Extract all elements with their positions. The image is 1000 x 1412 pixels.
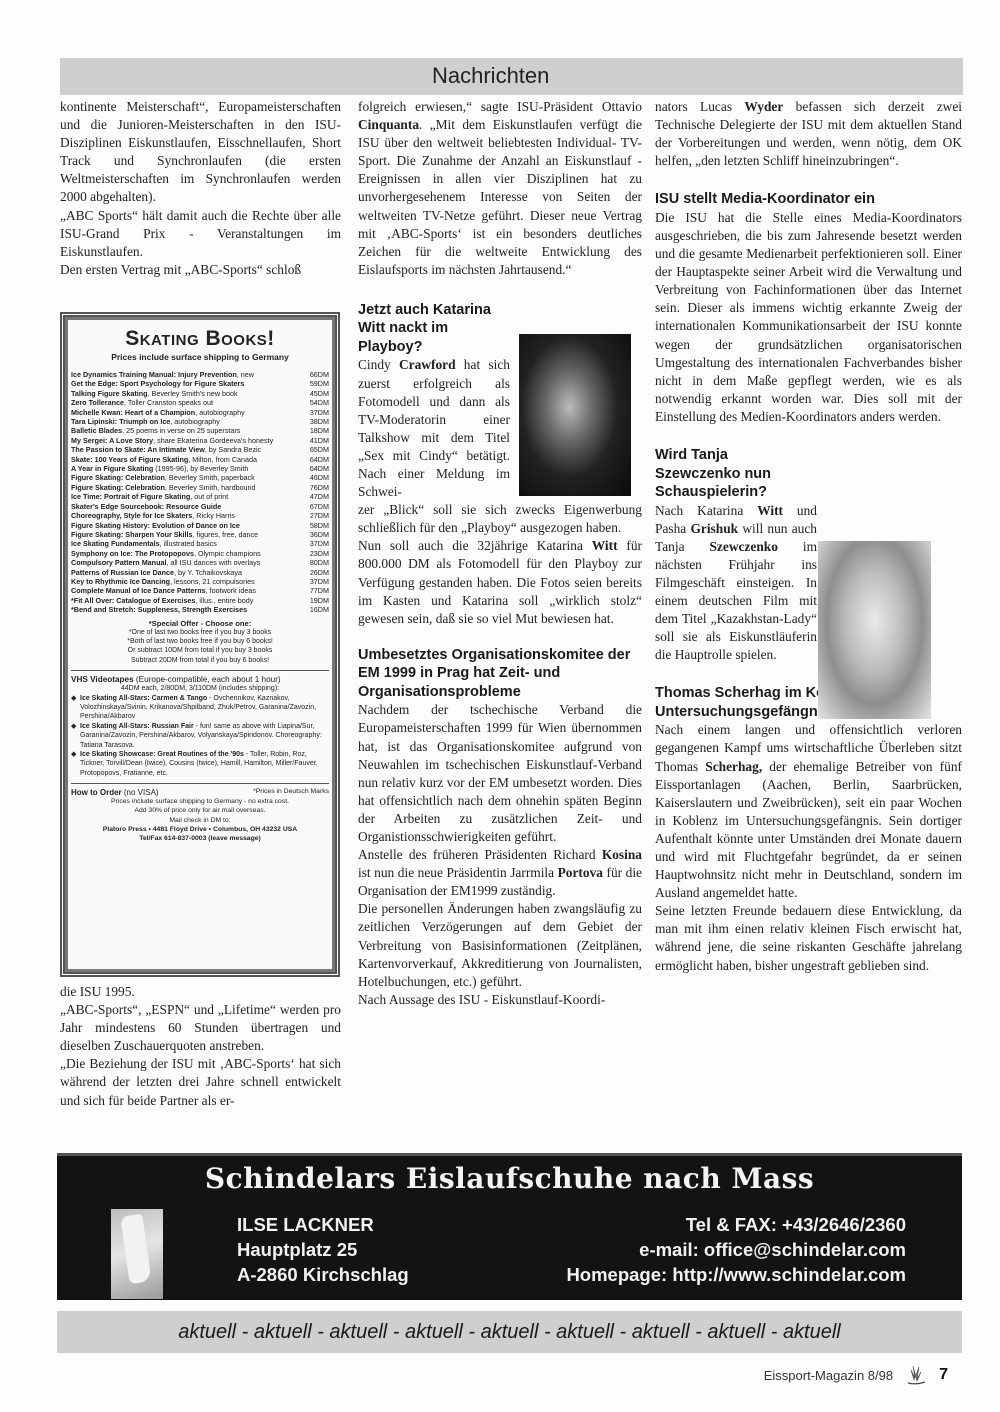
column-1-continued: die ISU 1995. „ABC-Sports“, „ESPN“ und „…: [60, 983, 341, 1110]
book-title: Zero Tollerance, Toller Cranston speaks …: [71, 398, 213, 407]
page-footer: Eissport-Magazin 8/98 7: [764, 1364, 948, 1386]
ad-phone: Tel & FAX: +43/2646/2360: [566, 1212, 906, 1237]
book-title: *Fit All Over: Catalogue of Exercises, i…: [71, 596, 253, 605]
ad-contact: Tel & FAX: +43/2646/2360 e-mail: office@…: [566, 1212, 906, 1287]
em-p1: Nachdem der tschechische Verband die Eur…: [358, 701, 642, 846]
section-title: Nachrichten: [432, 63, 549, 89]
book-price: 36DM: [310, 530, 329, 539]
vhs-list: ◆Ice Skating All-Stars: Carmen & Tango -…: [71, 694, 329, 779]
aktuell-banner: aktuell - aktuell - aktuell - aktuell - …: [57, 1311, 962, 1353]
col1-after-box-2: „ABC-Sports“, „ESPN“ und „Lifetime“ werd…: [60, 1001, 341, 1055]
book-price: 26DM: [310, 568, 329, 577]
book-title: Ice Time: Portrait of Figure Skating, ou…: [71, 492, 228, 501]
book-price: 80DM: [310, 558, 329, 567]
book-price: 54DM: [310, 398, 329, 407]
book-list-item: *Fit All Over: Catalogue of Exercises, i…: [71, 596, 329, 605]
em-p4: Nach Aussage des ISU - Eiskunstlauf-Koor…: [358, 991, 642, 1009]
book-list-item: Figure Skating: Celebration, Beverley Sm…: [71, 473, 329, 482]
book-price: 45DM: [310, 389, 329, 398]
book-list-item: Ice Dynamics Training Manual: Injury Pre…: [71, 370, 329, 379]
ad-street: Hauptplatz 25: [237, 1237, 409, 1262]
book-title: Patterns of Russian Ice Dance, by Y. Tch…: [71, 568, 242, 577]
book-list-item: Zero Tollerance, Toller Cranston speaks …: [71, 398, 329, 407]
order-address: Platoro Press • 4481 Floyd Drive • Colum…: [71, 825, 329, 834]
book-price: 67DM: [310, 502, 329, 511]
col1-after-box-3: „Die Beziehung der ISU mit ‚ABC-Sports‘ …: [60, 1055, 341, 1109]
book-title: Ice Dynamics Training Manual: Injury Pre…: [71, 370, 254, 379]
column-3: nators Lucas Wyder befassen sich derzeit…: [655, 98, 962, 975]
book-title: Balletic Blades, 25 poems in verse on 25…: [71, 426, 240, 435]
divider: [71, 670, 329, 671]
book-list-item: Figure Skating: Celebration, Beverley Sm…: [71, 483, 329, 492]
order-phone: Tel/Fax 614-837-0003 (leave message): [71, 834, 329, 843]
divider: [71, 783, 329, 784]
scherhag-p2: Seine letzten Freunde bedauern diese Ent…: [655, 902, 962, 974]
books-ad-subtitle: Prices include surface shipping to Germa…: [71, 352, 329, 362]
book-title: Figure Skating: Celebration, Beverley Sm…: [71, 483, 256, 492]
schindelar-ad: Schindelars Eislaufschuhe nach Mass ILSE…: [57, 1153, 962, 1300]
book-title: A Year in Figure Skating (1995-96), by B…: [71, 464, 248, 473]
diamond-bullet-icon: ◆: [71, 722, 76, 731]
col1-after-box-1: die ISU 1995.: [60, 983, 341, 1001]
book-title: The Passion to Skate: An Intimate View, …: [71, 445, 261, 454]
book-price: 37DM: [310, 408, 329, 417]
col1-p2: „ABC Sports“ hält damit auch die Rechte …: [60, 207, 341, 261]
book-list-item: Ice Skating Fundamentals, illustrated ba…: [71, 539, 329, 548]
book-title: Key to Rhythmic Ice Dancing, lessons, 21…: [71, 577, 255, 586]
book-title: Complete Manual of Ice Dance Patterns, f…: [71, 586, 256, 595]
book-price: 58DM: [310, 521, 329, 530]
column-2: folgreich erwiesen,“ sagte ISU-Präsident…: [358, 98, 642, 1009]
col1-p3: Den ersten Vertrag mit „ABC-Sports“ schl…: [60, 261, 341, 279]
diamond-bullet-icon: ◆: [71, 694, 76, 703]
media-p: Die ISU hat die Stelle eines Media-Koord…: [655, 209, 962, 426]
skating-books-ad: Skating Books! Prices include surface sh…: [60, 312, 340, 977]
vhs-item: ◆Ice Skating Showcase: Great Routines of…: [71, 750, 329, 778]
currency-note: *Prices in Deutsch Marks: [253, 788, 329, 797]
ad-title: Schindelars Eislaufschuhe nach Mass: [57, 1162, 962, 1195]
book-price: 66DM: [310, 370, 329, 379]
book-title: Figure Skating History: Evolution of Dan…: [71, 521, 240, 530]
book-title: *Bend and Stretch: Suppleness, Strength …: [71, 605, 247, 614]
book-title: Get the Edge: Sport Psychology for Figur…: [71, 379, 244, 388]
order-line: Add 30% of price only for air mail overs…: [71, 806, 329, 815]
book-list-item: A Year in Figure Skating (1995-96), by B…: [71, 464, 329, 473]
ad-name: ILSE LACKNER: [237, 1212, 409, 1237]
book-price: 65DM: [310, 445, 329, 454]
column-1: kontinente Meisterschaft“, Europameister…: [60, 98, 341, 279]
tanja-p: Nach Katarina Witt und Pasha Grishuk wil…: [655, 502, 817, 665]
book-title: Compulsory Pattern Manual, all ISU dance…: [71, 558, 260, 567]
vhs-prices: 44DM each, 2/80DM, 3/110DM (includes shi…: [71, 684, 329, 693]
col1-intro: kontinente Meisterschaft“, Europameister…: [60, 98, 341, 207]
book-list-item: Get the Edge: Sport Psychology for Figur…: [71, 379, 329, 388]
witt-p1-start: Cindy Crawford hat sich zuerst erfolgrei…: [358, 356, 510, 501]
tanja-szewczenko-photo: [818, 541, 931, 719]
diamond-bullet-icon: ◆: [71, 750, 76, 759]
ad-email[interactable]: e-mail: office@schindelar.com: [566, 1237, 906, 1262]
book-list-item: Skate: 100 Years of Figure Skating, Milt…: [71, 455, 329, 464]
book-price: 16DM: [310, 605, 329, 614]
book-title: Talking Figure Skating, Beverley Smith's…: [71, 389, 238, 398]
katarina-witt-photo: [519, 334, 631, 496]
book-title: Skate: 100 Years of Figure Skating, Milt…: [71, 455, 257, 464]
book-price: 27DM: [310, 511, 329, 520]
witt-p1-end: zer „Blick“ soll sie sich zwecks Eigenwe…: [358, 501, 642, 537]
order-heading: How to Order (no VISA): [71, 788, 159, 797]
book-list-item: Skater's Edge Sourcebook: Resource Guide…: [71, 502, 329, 511]
book-price: 46DM: [310, 473, 329, 482]
book-list-item: Compulsory Pattern Manual, all ISU dance…: [71, 558, 329, 567]
book-list-item: Figure Skating History: Evolution of Dan…: [71, 521, 329, 530]
book-list-item: Michelle Kwan: Heart of a Champion, auto…: [71, 408, 329, 417]
book-title: Figure Skating: Celebration, Beverley Sm…: [71, 473, 255, 482]
book-price: 47DM: [310, 492, 329, 501]
offer-item: *One of last two books free if you buy 3…: [71, 628, 329, 637]
book-list-item: Symphony on Ice: The Protopopovs, Olympi…: [71, 549, 329, 558]
book-list-item: The Passion to Skate: An Intimate View, …: [71, 445, 329, 454]
book-list: Ice Dynamics Training Manual: Injury Pre…: [71, 370, 329, 615]
offer-item: Subtract 20DM from total if you buy 6 bo…: [71, 656, 329, 665]
witt-heading: Jetzt auch Katarina Witt nackt im Playbo…: [358, 301, 508, 357]
book-list-item: Patterns of Russian Ice Dance, by Y. Tch…: [71, 568, 329, 577]
book-price: 19DM: [310, 596, 329, 605]
books-ad-title: Skating Books!: [71, 327, 329, 351]
book-price: 77DM: [310, 586, 329, 595]
book-list-item: My Sergei: A Love Story, share Ekaterina…: [71, 436, 329, 445]
offer-list: *One of last two books free if you buy 3…: [71, 628, 329, 666]
book-title: Symphony on Ice: The Protopopovs, Olympi…: [71, 549, 261, 558]
book-list-item: Key to Rhythmic Ice Dancing, lessons, 21…: [71, 577, 329, 586]
book-title: My Sergei: A Love Story, share Ekaterina…: [71, 436, 273, 445]
book-list-item: Talking Figure Skating, Beverley Smith's…: [71, 389, 329, 398]
tanja-heading: Wird Tanja Szewczenko nun Schauspielerin…: [655, 446, 805, 502]
ad-address: ILSE LACKNER Hauptplatz 25 A-2860 Kirchs…: [237, 1212, 409, 1287]
vhs-heading: VHS Videotapes (Europe-compatible, each …: [71, 675, 329, 684]
book-list-item: *Bend and Stretch: Suppleness, Strength …: [71, 605, 329, 614]
book-list-item: Complete Manual of Ice Dance Patterns, f…: [71, 586, 329, 595]
book-price: 59DM: [310, 379, 329, 388]
em-p3: Die personellen Änderungen haben zwangsl…: [358, 900, 642, 990]
book-list-item: Choreography, Style for Ice Skaters, Ric…: [71, 511, 329, 520]
book-price: 64DM: [310, 455, 329, 464]
book-title: Figure Skating: Sharpen Your Skills, fig…: [71, 530, 258, 539]
book-title: Michelle Kwan: Heart of a Champion, auto…: [71, 408, 245, 417]
page-number: 7: [939, 1366, 948, 1384]
book-price: 64DM: [310, 464, 329, 473]
book-price: 23DM: [310, 549, 329, 558]
book-list-item: Tara Lipinski: Triumph on Ice, autobiogr…: [71, 417, 329, 426]
ad-city: A-2860 Kirchschlag: [237, 1262, 409, 1287]
book-title: Choreography, Style for Ice Skaters, Ric…: [71, 511, 235, 520]
col2-intro: folgreich erwiesen,“ sagte ISU-Präsident…: [358, 98, 642, 279]
order-heading-row: How to Order (no VISA) *Prices in Deutsc…: [71, 788, 329, 797]
em-p2: Anstelle des früheren Präsidenten Richar…: [358, 846, 642, 900]
scherhag-p1: Nach einem langen und offensichtlich ver…: [655, 721, 962, 902]
book-list-item: Balletic Blades, 25 poems in verse on 25…: [71, 426, 329, 435]
book-list-item: Figure Skating: Sharpen Your Skills, fig…: [71, 530, 329, 539]
book-price: 37DM: [310, 577, 329, 586]
book-price: 76DM: [310, 483, 329, 492]
ad-homepage[interactable]: Homepage: http://www.schindelar.com: [566, 1262, 906, 1287]
book-list-item: Ice Time: Portrait of Figure Skating, ou…: [71, 492, 329, 501]
skater-logo-icon: [903, 1364, 929, 1386]
book-price: 37DM: [310, 539, 329, 548]
book-title: Skater's Edge Sourcebook: Resource Guide: [71, 502, 221, 511]
order-line: Mail check in DM to:: [71, 816, 329, 825]
book-price: 41DM: [310, 436, 329, 445]
witt-p2: Nun soll auch die 32jährige Katarina Wit…: [358, 537, 642, 627]
vhs-item: ◆Ice Skating All-Stars: Russian Fair - f…: [71, 722, 329, 750]
offer-item: *Both of last two books free if you buy …: [71, 637, 329, 646]
order-line: Prices include surface shipping to Germa…: [71, 797, 329, 806]
book-title: Ice Skating Fundamentals, illustrated ba…: [71, 539, 217, 548]
vhs-item: ◆Ice Skating All-Stars: Carmen & Tango -…: [71, 694, 329, 722]
media-heading: ISU stellt Media-Koordinator ein: [655, 190, 962, 209]
em-heading: Umbesetztes Organisationskomitee der EM …: [358, 646, 642, 702]
special-offer-title: *Special Offer - Choose one:: [71, 619, 329, 628]
offer-item: Or subtract 10DM from total if you buy 3…: [71, 646, 329, 655]
book-price: 18DM: [310, 426, 329, 435]
book-price: 38DM: [310, 417, 329, 426]
book-title: Tara Lipinski: Triumph on Ice, autobiogr…: [71, 417, 220, 426]
col3-intro: nators Lucas Wyder befassen sich derzeit…: [655, 98, 962, 170]
ice-skate-icon: [111, 1209, 163, 1299]
magazine-issue: Eissport-Magazin 8/98: [764, 1368, 893, 1383]
